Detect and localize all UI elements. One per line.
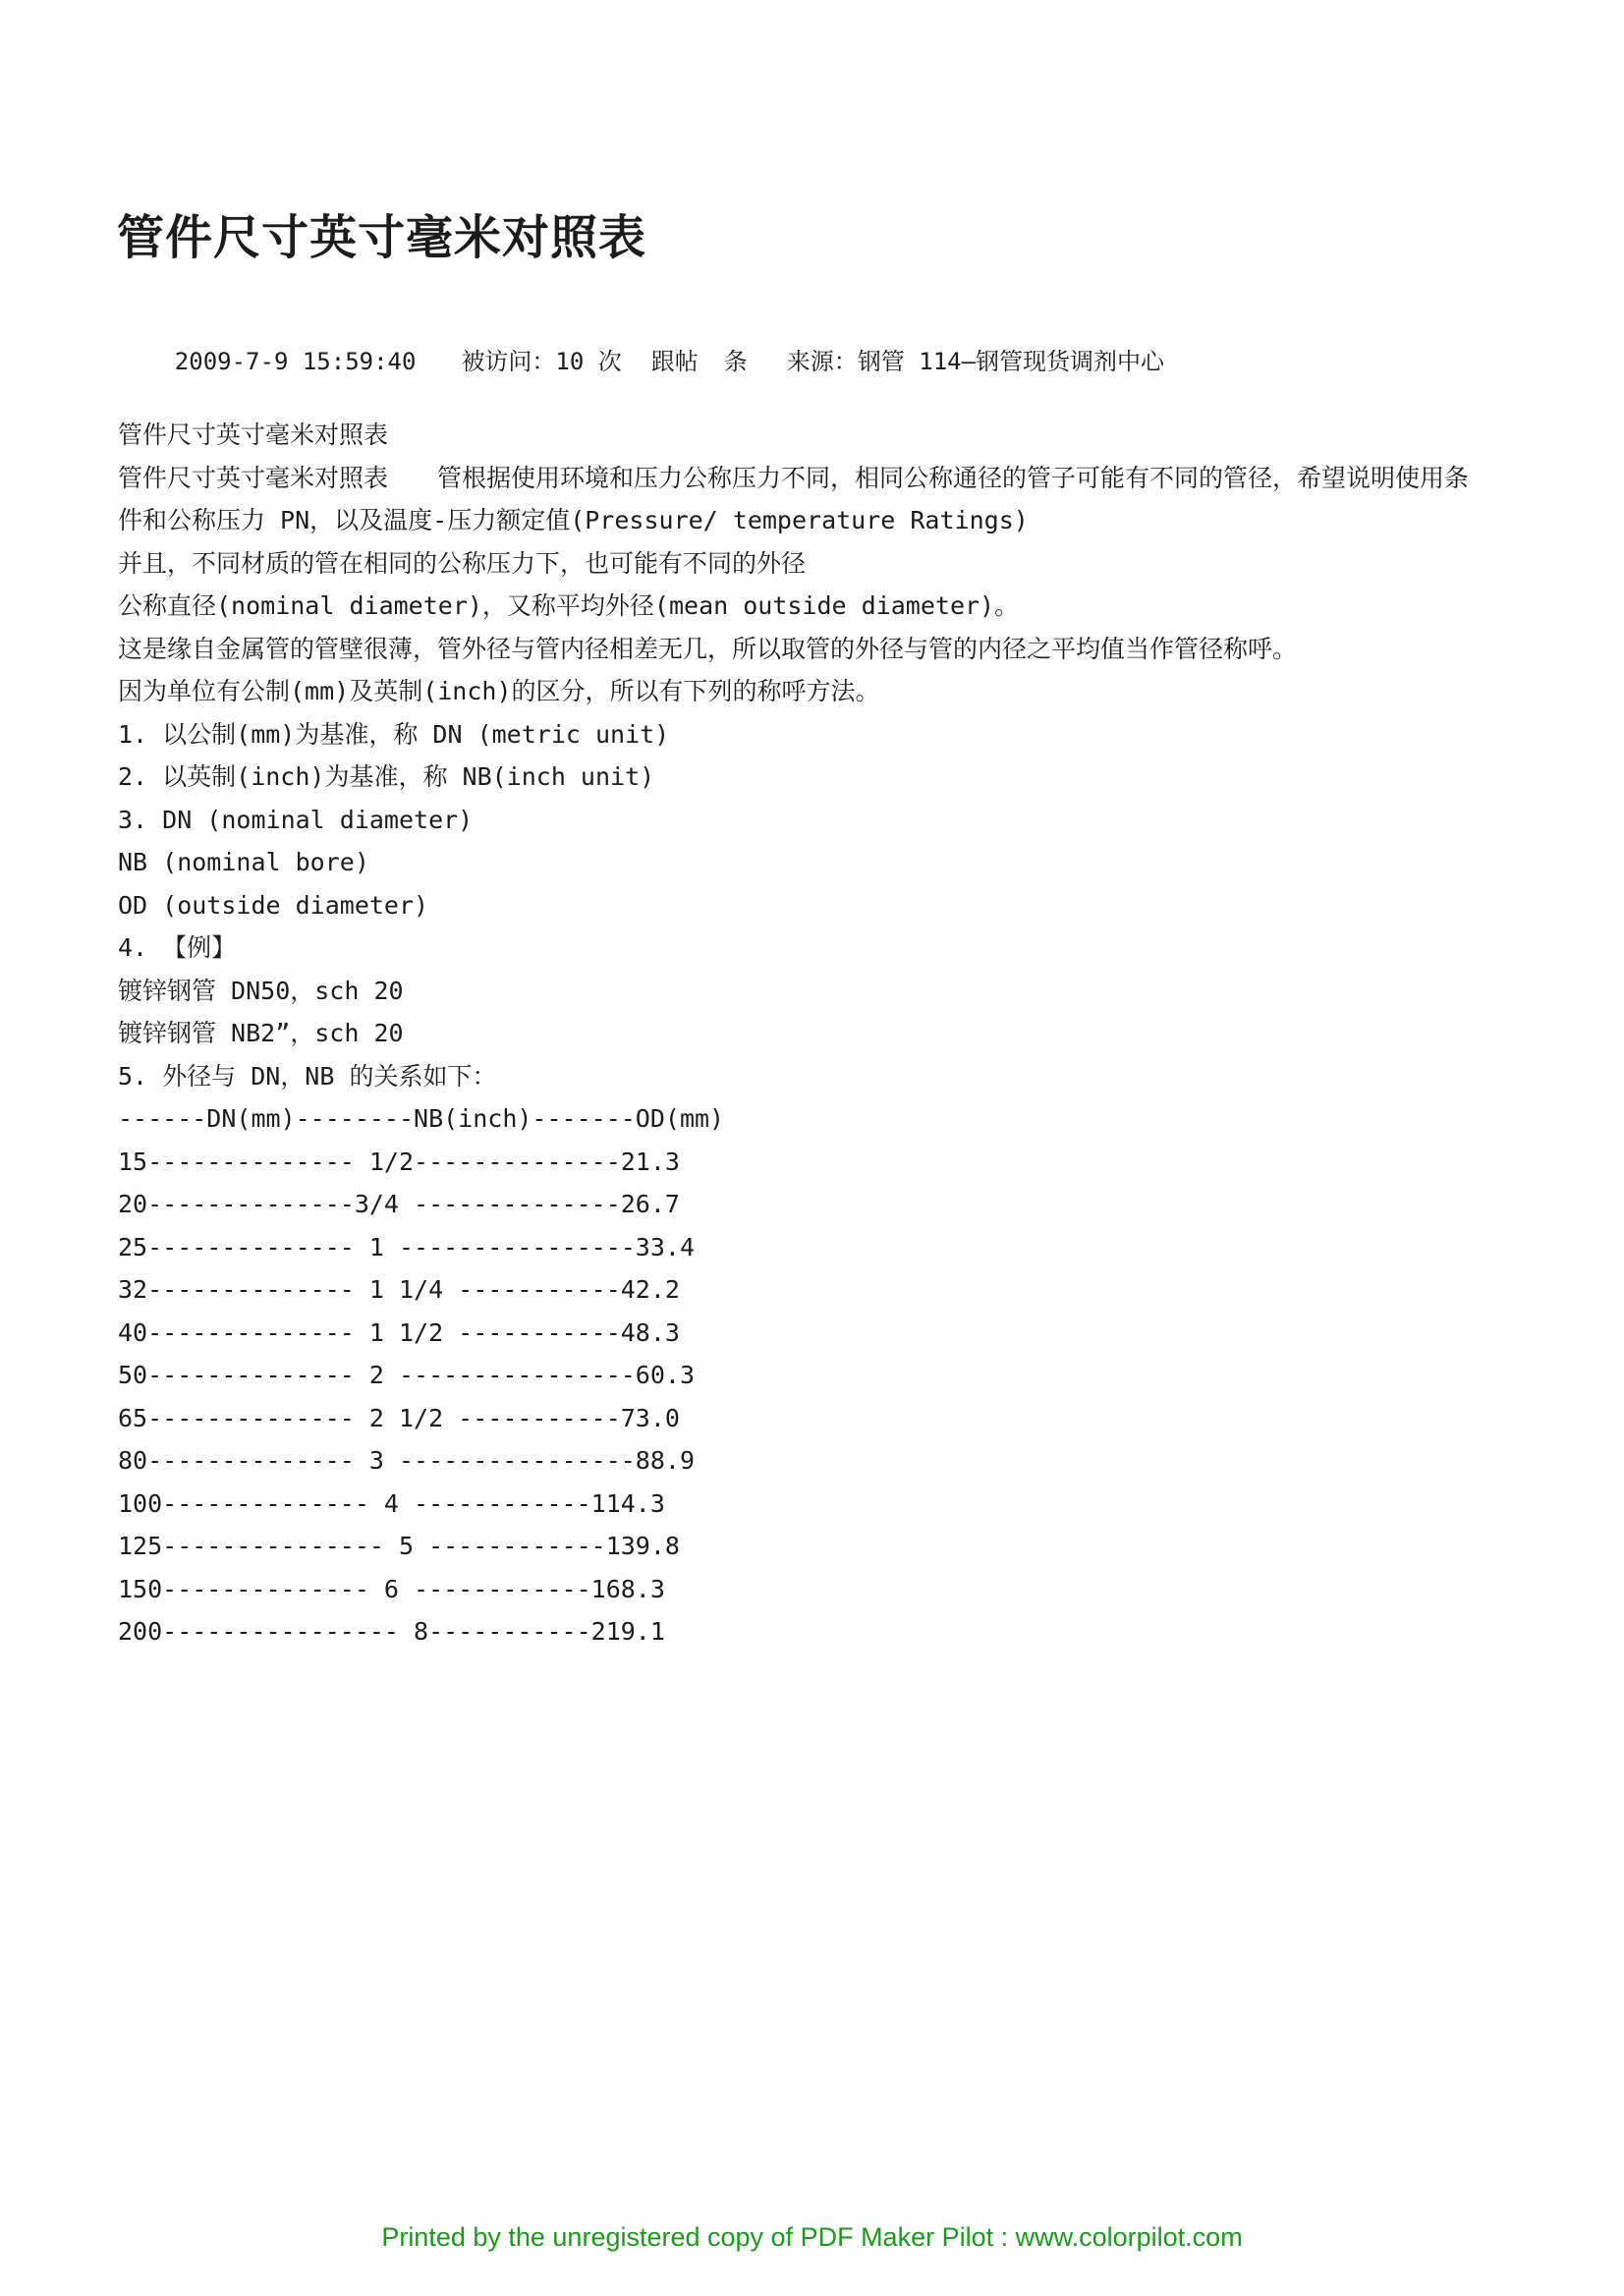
- size-table-row-line: 25-------------- 1 ----------------33.4: [118, 1226, 1469, 1269]
- body-line: 并且，不同材质的管在相同的公称压力下，也可能有不同的外径: [118, 542, 1469, 586]
- body-line: 管件尺寸英寸毫米对照表 管根据使用环境和压力公称压力不同，相同公称通径的管子可能…: [118, 457, 1469, 500]
- meta-datetime: 2009-7-9 15:59:40: [175, 348, 417, 375]
- size-table-row-line: 15-------------- 1/2--------------21.3: [118, 1141, 1469, 1184]
- size-table-row-line: 65-------------- 2 1/2 -----------73.0: [118, 1397, 1469, 1440]
- body-line: 镀锌钢管 DN50，sch 20: [118, 970, 1469, 1013]
- body-line: 1. 以公制(mm)为基准，称 DN (metric unit): [118, 713, 1469, 756]
- body-line: 4. 【例】: [118, 926, 1469, 970]
- body-line: 2. 以英制(inch)为基准，称 NB(inch unit): [118, 756, 1469, 799]
- size-table-row-line: 125--------------- 5 ------------139.8: [118, 1525, 1469, 1568]
- meta-line: 2009-7-9 15:59:40被访问：10 次跟帖条来源：钢管 114—钢管…: [118, 314, 1164, 409]
- body-line: 件和公称压力 PN，以及温度-压力额定值(Pressure/ temperatu…: [118, 499, 1469, 542]
- body-line: 管件尺寸英寸毫米对照表: [118, 414, 1469, 457]
- size-table-row-line: 40-------------- 1 1/2 -----------48.3: [118, 1312, 1469, 1355]
- body-line: 镀锌钢管 NB2”，sch 20: [118, 1012, 1469, 1055]
- body-line: 5. 外径与 DN，NB 的关系如下：: [118, 1055, 1469, 1098]
- size-table-row-line: 32-------------- 1 1/4 -----------42.2: [118, 1268, 1469, 1312]
- body-line: OD (outside diameter): [118, 884, 1469, 927]
- size-table-row-line: 80-------------- 3 ----------------88.9: [118, 1439, 1469, 1483]
- body-line: NB (nominal bore): [118, 841, 1469, 884]
- body-line: 3. DN (nominal diameter): [118, 799, 1469, 842]
- page-title: 管件尺寸英寸毫米对照表: [117, 210, 646, 265]
- body-line: 公称直径(nominal diameter)，又称平均外径(mean outsi…: [118, 585, 1469, 628]
- size-table-row-line: 50-------------- 2 ----------------60.3: [118, 1354, 1469, 1397]
- size-table-row-line: 200---------------- 8-----------219.1: [118, 1610, 1469, 1653]
- body-line: 这是缘自金属管的管壁很薄，管外径与管内径相差无几，所以取管的外径与管的内径之平均…: [118, 628, 1469, 671]
- article-body: 管件尺寸英寸毫米对照表管件尺寸英寸毫米对照表 管根据使用环境和压力公称压力不同，…: [118, 414, 1469, 1653]
- size-table-row-line: 150-------------- 6 ------------168.3: [118, 1568, 1469, 1611]
- watermark-footer: Printed by the unregistered copy of PDF …: [0, 2220, 1624, 2254]
- size-table-row-line: 20--------------3/4 --------------26.7: [118, 1183, 1469, 1226]
- size-table-header-line: ------DN(mm)--------NB(inch)-------OD(mm…: [118, 1097, 1469, 1141]
- meta-reply-label: 跟帖: [651, 348, 699, 375]
- meta-visits: 被访问：10 次: [461, 348, 621, 375]
- meta-source: 来源：钢管 114—钢管现货调剂中心: [787, 348, 1164, 375]
- meta-reply-unit: 条: [724, 348, 748, 375]
- document-page: 管件尺寸英寸毫米对照表 2009-7-9 15:59:40被访问：10 次跟帖条…: [0, 0, 1624, 2296]
- size-table-row-line: 100-------------- 4 ------------114.3: [118, 1483, 1469, 1526]
- body-line: 因为单位有公制(mm)及英制(inch)的区分，所以有下列的称呼方法。: [118, 670, 1469, 713]
